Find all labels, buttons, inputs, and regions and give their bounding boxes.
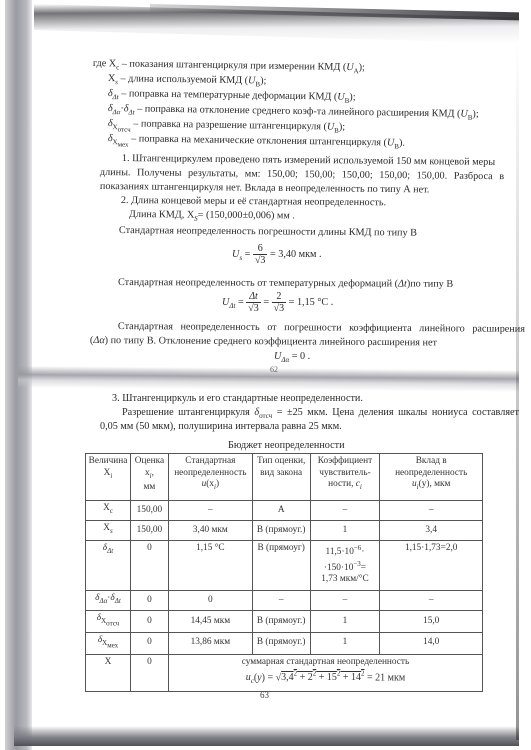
- combined-uncertainty-formula: uc(y) = √3,42 + 22 + 152 + 142 = 21 мкм: [171, 669, 480, 688]
- combined-uncertainty-cell: суммарная стандартная неопределенность u…: [168, 654, 482, 691]
- formula-uda: UΔα = 0 .: [274, 350, 310, 367]
- table-row: Xc 150,00 – A – –: [86, 501, 483, 521]
- header-type: Тип оценки,вид закона: [252, 454, 310, 501]
- table-row: δXотсч 0 14,45 мкм B (прямоуг.) 1 15,0: [86, 611, 483, 633]
- table-total-row: X 0 суммарная стандартная неопределеннос…: [86, 654, 483, 691]
- header-contribution: Вклад внеопределенностьui(y), мкм: [380, 454, 483, 501]
- formula-udt: UΔt = Δt√3 = 2√3 = 1,15 °C .: [222, 291, 333, 314]
- table-title: Бюджет неопределенности: [228, 439, 345, 452]
- header-sensitivity: Коэффициентчувствитель-ности, ci: [310, 454, 380, 501]
- page-number-63: 63: [260, 689, 269, 702]
- uncertainty-budget-table: ВеличинаXi Оценкаxi,мм Стандартнаянеопре…: [85, 453, 483, 692]
- page-number-62: 62: [270, 363, 278, 376]
- table-row: δΔt 0 1,15 °C B (прямоуг) 11,5·10−6··150…: [86, 541, 483, 591]
- table-row: Xs 150,00 3,40 мкм B (прямоуг.) 1 3,4: [86, 521, 483, 541]
- para4-line2: (Δα) по типу В. Отклонение среднего коэф…: [90, 334, 437, 349]
- scan-margin-right: [519, 0, 531, 750]
- formula-us: Us = 6√3 = 3,40 мкм .: [232, 243, 322, 266]
- para4-line1: Стандартная неопределенность от погрешно…: [118, 320, 525, 336]
- section-para-line2: 0,05 мм (50 мкм), полуширина интервала р…: [100, 420, 342, 433]
- table-row: δΔα·δΔt 0 0 – – –: [86, 591, 483, 611]
- right-page-edge: [516, 40, 519, 740]
- header-std-uncertainty: Стандартнаянеопределенностьu(xi): [168, 454, 252, 501]
- section-title: 3. Штангенциркуль и его стандартные неоп…: [112, 392, 363, 405]
- table-header-row: ВеличинаXi Оценкаxi,мм Стандартнаянеопре…: [86, 454, 483, 501]
- table-row: δXмех 0 13,86 мкм B (прямоуг.) 1 14,0: [86, 632, 483, 654]
- para3: Стандартная неопределенность от температ…: [118, 276, 453, 291]
- bottom-page-edge-shadow: [14, 726, 519, 746]
- header-quantity: ВеличинаXi: [86, 454, 131, 501]
- para2-line1: 2. Длина концевой меры и её стандартная …: [121, 194, 386, 209]
- para2-line3: Стандартная неопределенность погрешности…: [119, 224, 417, 240]
- header-estimate: Оценкаxi,мм: [130, 454, 168, 501]
- combined-uncertainty-label: суммарная стандартная неопределенность: [171, 657, 480, 669]
